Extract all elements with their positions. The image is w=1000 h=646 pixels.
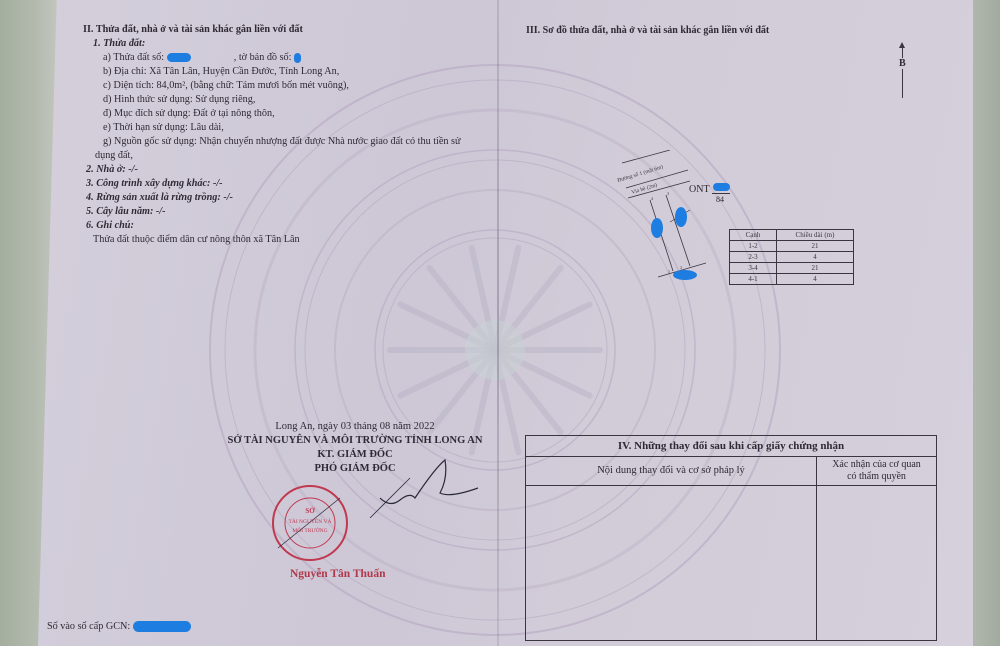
svg-text:MÔI TRƯỜNG: MÔI TRƯỜNG (292, 526, 327, 534)
edge-length-table: Cạnh Chiều dài (m) 1-221 2-34 3-421 4-14 (729, 229, 854, 285)
change-content-cell (526, 486, 817, 641)
parcel-number-label: a) Thửa đất số: (103, 52, 164, 63)
registry-line: Số vào sổ cấp GCN: (47, 620, 191, 634)
use-term: e) Thời hạn sử dụng: Lâu dài, (103, 121, 224, 135)
svg-text:Đường số 1 (mặt 6m): Đường số 1 (mặt 6m) (617, 163, 665, 184)
page-fold (497, 0, 499, 646)
svg-text:SỞ: SỞ (305, 507, 315, 515)
edge-cell: 2-3 (730, 252, 777, 263)
authority-confirmation-cell (817, 486, 936, 641)
confirm-line-2: có thẩm quyền (817, 471, 936, 483)
address: b) Địa chỉ: Xã Tân Lân, Huyện Cần Đước, … (103, 65, 339, 79)
redacted-parcel-number (167, 53, 191, 62)
length-cell: 21 (777, 241, 854, 252)
svg-text:3: 3 (667, 191, 669, 196)
land-parcel-heading: 1. Thửa đất: (93, 37, 145, 51)
svg-text:2: 2 (680, 265, 682, 270)
redacted-map-sheet (294, 53, 301, 63)
area: c) Diện tích: 84,0m², (bằng chữ: Tám mươ… (103, 79, 349, 93)
svg-text:1: 1 (668, 269, 670, 274)
signature-scribble (360, 458, 480, 518)
item-other-construction: 3. Công trình xây dựng khác: -/- (86, 177, 223, 191)
redacted-parcel-label (713, 183, 730, 191)
note-text: Thửa đất thuộc điểm dân cư nông thôn xã … (93, 233, 300, 247)
map-sheet-label: , tờ bản đồ số: (234, 52, 292, 63)
registry-label: Số vào sổ cấp GCN: (47, 621, 130, 632)
parcel-number-line: a) Thửa đất số: , tờ bản đồ số: (103, 51, 301, 65)
use-purpose: đ) Mục đích sử dụng: Đất ở tại nông thôn… (103, 107, 275, 121)
table-row: 4-14 (730, 274, 854, 285)
length-cell: 21 (777, 263, 854, 274)
changes-table: IV. Những thay đổi sau khi cấp giấy chứn… (525, 435, 937, 641)
land-type-code: ONT (689, 183, 710, 197)
table-row: 3-421 (730, 263, 854, 274)
edge-cell: 4-1 (730, 274, 777, 285)
official-stamp: SỞ TÀI NGUYÊN VÀ MÔI TRƯỜNG (270, 483, 350, 563)
item-notes-heading: 6. Ghi chú: (86, 219, 134, 233)
section-iii-title: III. Sơ đồ thửa đất, nhà ở và tài sản kh… (526, 24, 769, 38)
table-row: 2-34 (730, 252, 854, 263)
table-row: 1-221 (730, 241, 854, 252)
north-arrow-icon (902, 45, 903, 98)
edge-cell: 3-4 (730, 263, 777, 274)
item-perennial-trees: 5. Cây lâu năm: -/- (86, 205, 166, 219)
parcel-area-value: 84 (716, 193, 724, 207)
issuing-agency: SỞ TÀI NGUYÊN VÀ MÔI TRƯỜNG TỈNH LONG AN (185, 434, 525, 448)
length-col-header: Chiều dài (m) (777, 230, 854, 241)
authority-confirmation-header: Xác nhận của cơ quan có thẩm quyền (817, 457, 936, 485)
confirm-line-1: Xác nhận của cơ quan (817, 459, 936, 471)
edge-col-header: Cạnh (730, 230, 777, 241)
signer-name: Nguyễn Tân Thuấn (290, 568, 385, 580)
svg-text:TÀI NGUYÊN VÀ: TÀI NGUYÊN VÀ (289, 517, 332, 525)
north-label: B (898, 58, 907, 69)
section-ii-title: II. Thửa đất, nhà ở và tài sản khác gắn … (83, 23, 303, 37)
change-content-header: Nội dung thay đổi và cơ sở pháp lý (526, 457, 817, 485)
use-form: d) Hình thức sử dụng: Sử dụng riêng, (103, 93, 255, 107)
parcel-sketch: Đường số 1 (mặt 6m) Vỉa hè (2m) 2 1 4 3 (610, 150, 730, 280)
edge-cell: 1-2 (730, 241, 777, 252)
length-cell: 4 (777, 252, 854, 263)
redacted-registry-number (133, 621, 191, 632)
svg-text:4: 4 (651, 196, 653, 201)
origin-line-1: g) Nguồn gốc sử dụng: Nhận chuyển nhượng… (103, 135, 461, 149)
origin-line-2: dụng đất, (95, 149, 133, 163)
item-house: 2. Nhà ở: -/- (86, 163, 138, 177)
changes-title: IV. Những thay đổi sau khi cấp giấy chứn… (526, 436, 936, 457)
length-cell: 4 (777, 274, 854, 285)
place-date: Long An, ngày 03 tháng 08 năm 2022 (185, 420, 525, 434)
item-planted-forest: 4. Rừng sản xuất là rừng trồng: -/- (86, 191, 233, 205)
